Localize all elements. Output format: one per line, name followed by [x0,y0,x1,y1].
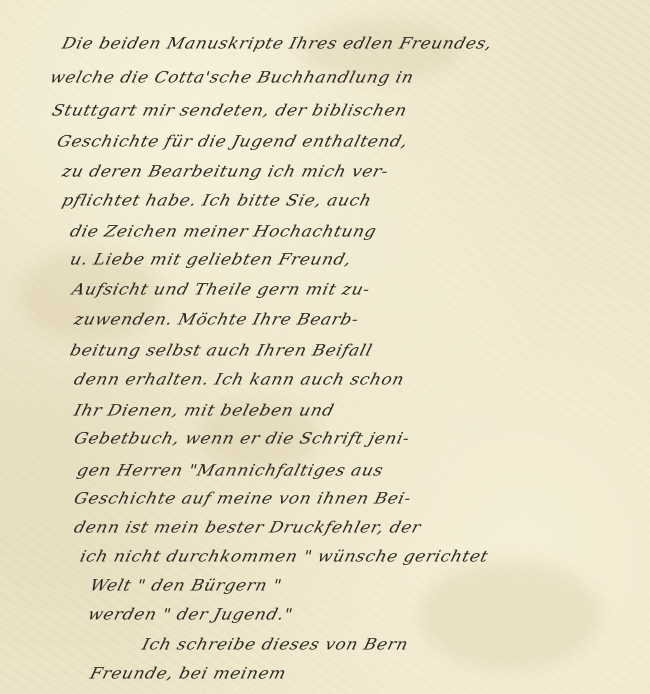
handwritten-line: Ich schreibe dieses von Bern [140,635,410,653]
handwritten-line: beitung selbst auch Ihren Beifall [68,341,374,359]
handwritten-line: Welt " den Bürgern " [88,577,284,595]
letter-page: Die beiden Manuskripte Ihres edlen Freun… [0,0,650,694]
handwritten-line: denn ist mein bester Druckfehler, der [72,518,423,536]
handwritten-line: Geschichte für die Jugend enthaltend, [55,133,410,151]
handwritten-line: denn erhalten. Ich kann auch schon [72,370,406,388]
handwritten-line: pflichtet habe. Ich bitte Sie, auch [60,191,374,209]
handwritten-line: ich nicht durchkommen " wünsche gerichte… [78,548,490,566]
handwritten-line: Stuttgart mir sendeten, der biblischen [50,102,409,120]
handwritten-line: zu deren Bearbeitung ich mich ver- [60,162,390,180]
handwritten-line: welche die Cotta'sche Buchhandlung in [48,68,416,86]
handwritten-line: Die beiden Manuskripte Ihres edlen Freun… [60,34,494,52]
handwritten-line: Gebetbuch, wenn er die Schrift jeni- [72,430,412,448]
handwritten-line: u. Liebe mit geliebten Freund, [68,251,353,269]
paper-stain [420,560,600,670]
handwritten-line: Ihr Dienen, mit beleben und [72,401,336,419]
handwritten-line: die Zeichen meiner Hochachtung [68,222,378,240]
handwritten-line: zuwenden. Möchte Ihre Bearb- [72,311,361,329]
handwritten-line: Aufsicht und Theile gern mit zu- [70,281,372,299]
handwritten-line: gen Herren "Mannichfaltiges aus [75,462,385,480]
handwritten-line: werden " der Jugend." [86,605,295,623]
handwritten-line: Geschichte auf meine von ihnen Bei- [72,490,413,508]
handwritten-line: Freunde, bei meinem [88,664,288,682]
